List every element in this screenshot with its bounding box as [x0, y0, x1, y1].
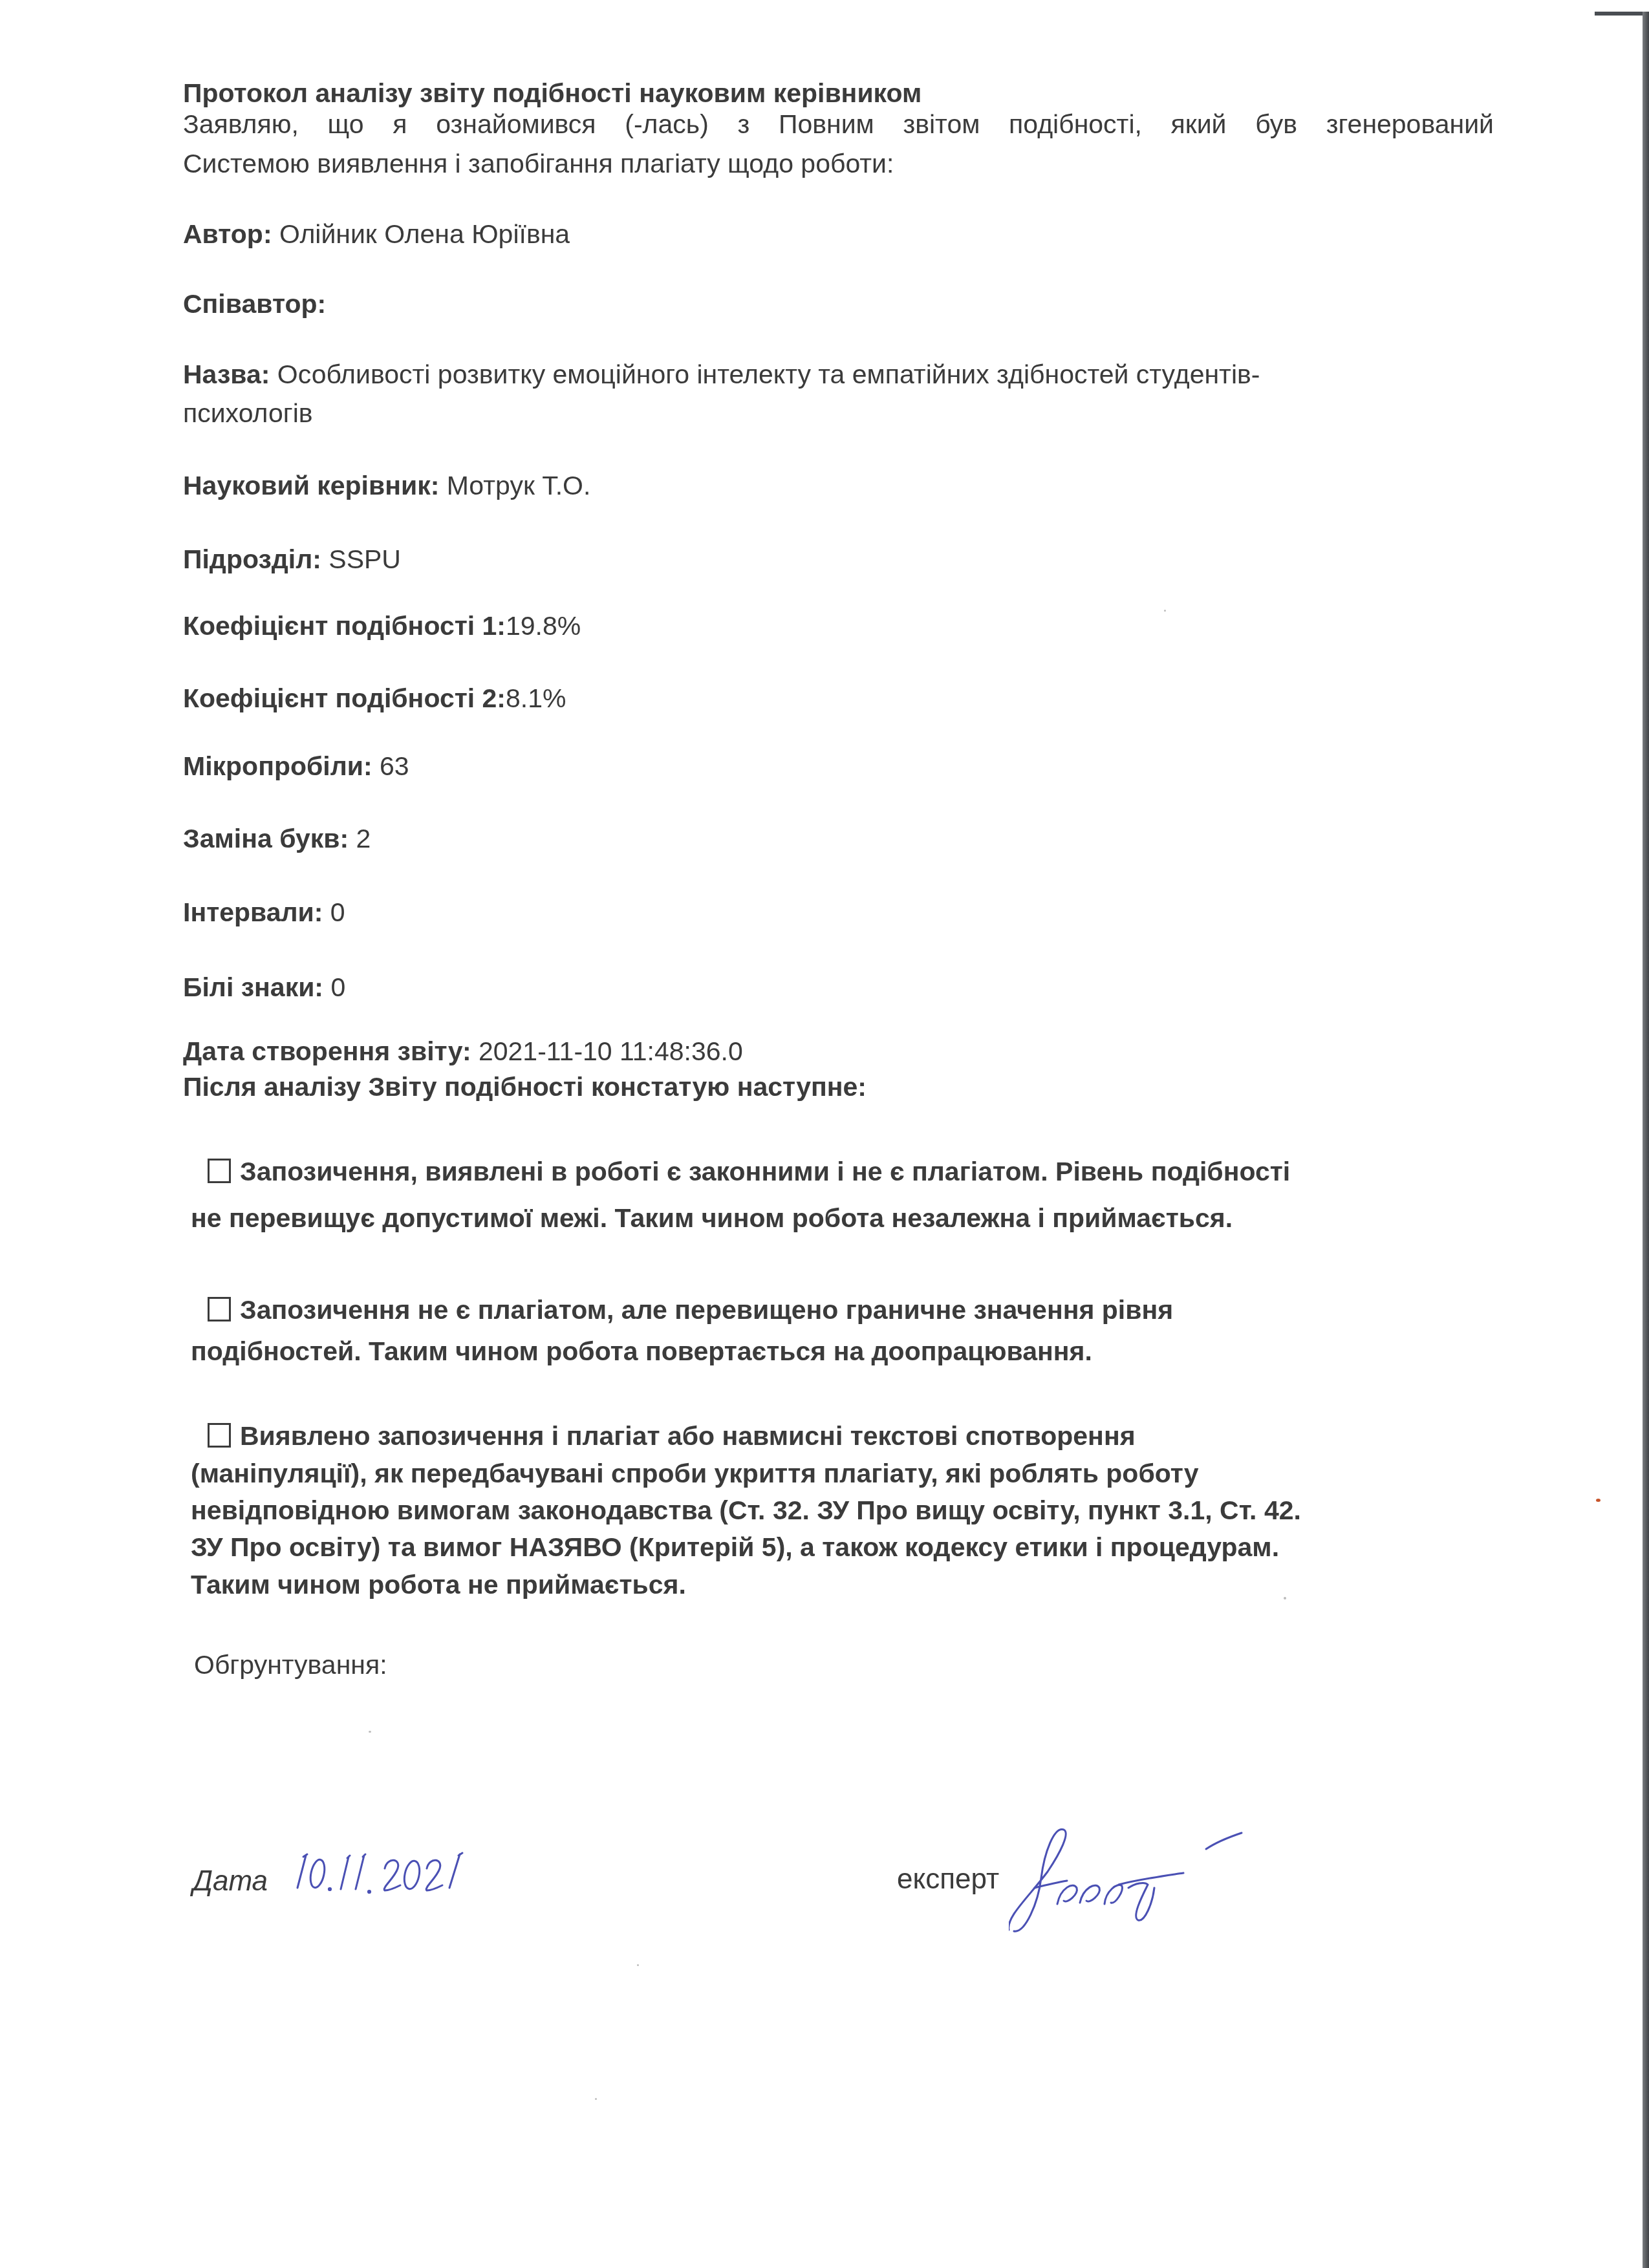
scan-edge-right: [1643, 12, 1649, 2268]
field-microspaces: Мікропробіли: 63: [183, 753, 409, 780]
field-department-label: Підрозділ:: [183, 544, 321, 574]
option-1-line-2: не перевищує допустимої межі. Таким чино…: [191, 1205, 1233, 1232]
option-3-line-5: Таким чином робота не приймається.: [191, 1572, 686, 1598]
handwritten-date: [294, 1849, 501, 1907]
field-white-chars: Білі знаки: 0: [183, 974, 345, 1001]
conclusion-heading: Після аналізу Звіту подібності констатую…: [183, 1074, 867, 1100]
document-title: Протокол аналізу звіту подібності науков…: [183, 80, 921, 107]
field-author: Автор: Олійник Олена Юріївна: [183, 221, 570, 248]
field-coauthor: Співавтор:: [183, 291, 326, 317]
field-supervisor-label: Науковий керівник:: [183, 471, 439, 500]
option-1-checkbox[interactable]: [208, 1159, 231, 1183]
field-letter-replacement-label: Заміна букв:: [183, 824, 349, 853]
field-department: Підрозділ: SSPU: [183, 546, 401, 573]
field-author-value: Олійник Олена Юріївна: [272, 219, 570, 249]
option-2: Запозичення не є плагіатом, але перевище…: [208, 1297, 1173, 1323]
option-2-checkbox[interactable]: [208, 1297, 231, 1321]
expert-label: експерт: [897, 1865, 999, 1894]
field-white-chars-label: Білі знаки:: [183, 972, 323, 1002]
option-3-line-4: ЗУ Про освіту) та вимог НАЗЯВО (Критерій…: [191, 1534, 1279, 1561]
field-white-chars-value: 0: [323, 972, 345, 1002]
option-1: Запозичення, виявлені в роботі є законни…: [208, 1159, 1290, 1185]
field-report-date: Дата створення звіту: 2021-11-10 11:48:3…: [183, 1038, 743, 1065]
option-3: Виявлено запозичення і плагіат або навми…: [208, 1423, 1136, 1450]
field-similarity-1-label: Коефіцієнт подібності 1:: [183, 611, 506, 641]
field-similarity-1: Коефіцієнт подібності 1:19.8%: [183, 613, 581, 639]
field-similarity-2: Коефіцієнт подібності 2:8.1%: [183, 685, 566, 712]
intro-line-1: Заявляю, що я ознайомився (-лась) з Повн…: [183, 111, 1494, 138]
option-2-line-1: Запозичення не є плагіатом, але перевище…: [240, 1295, 1173, 1325]
scan-edge-top: [1595, 12, 1649, 16]
field-report-date-label: Дата створення звіту:: [183, 1036, 471, 1066]
scan-speck-red: [1596, 1499, 1600, 1502]
justification-label: Обгрунтування:: [194, 1652, 387, 1678]
scan-speck: [369, 1731, 371, 1733]
field-author-label: Автор:: [183, 219, 272, 249]
field-intervals: Інтервали: 0: [183, 899, 345, 926]
option-3-line-3: невідповідною вимогам законодавства (Ст.…: [191, 1497, 1301, 1524]
field-title-value-cont: психологів: [183, 400, 313, 427]
scan-speck: [595, 2098, 597, 2100]
option-2-line-2: подібностей. Таким чином робота повертає…: [191, 1338, 1092, 1365]
field-title-value: Особливості розвитку емоційного інтелект…: [270, 359, 1260, 389]
field-similarity-2-value: 8.1%: [506, 683, 566, 713]
scan-speck: [637, 1964, 639, 1966]
field-similarity-2-label: Коефіцієнт подібності 2:: [183, 683, 506, 713]
field-supervisor-value: Мотрук Т.О.: [439, 471, 590, 500]
field-intervals-label: Інтервали:: [183, 897, 323, 927]
field-letter-replacement-value: 2: [349, 824, 371, 853]
field-microspaces-label: Мікропробіли:: [183, 751, 372, 781]
scan-speck: [1164, 610, 1166, 612]
expert-signature: [1009, 1826, 1255, 1936]
field-report-date-value: 2021-11-10 11:48:36.0: [471, 1036, 743, 1066]
field-microspaces-value: 63: [372, 751, 409, 781]
option-3-line-1: Виявлено запозичення і плагіат або навми…: [240, 1421, 1136, 1451]
field-intervals-value: 0: [323, 897, 345, 927]
option-3-checkbox[interactable]: [208, 1423, 231, 1448]
intro-line-2: Системою виявлення і запобігання плагіат…: [183, 151, 894, 177]
field-similarity-1-value: 19.8%: [506, 611, 581, 641]
date-label: Дата: [193, 1867, 268, 1896]
option-3-line-2: (маніпуляції), як передбачувані спроби у…: [191, 1460, 1199, 1487]
scan-speck: [1284, 1597, 1286, 1599]
option-1-line-1: Запозичення, виявлені в роботі є законни…: [240, 1157, 1290, 1186]
field-coauthor-label: Співавтор:: [183, 289, 326, 319]
field-title-label: Назва:: [183, 359, 270, 389]
field-department-value: SSPU: [321, 544, 401, 574]
field-title: Назва: Особливості розвитку емоційного і…: [183, 361, 1260, 388]
field-letter-replacement: Заміна букв: 2: [183, 826, 371, 852]
field-supervisor: Науковий керівник: Мотрук Т.О.: [183, 473, 590, 499]
